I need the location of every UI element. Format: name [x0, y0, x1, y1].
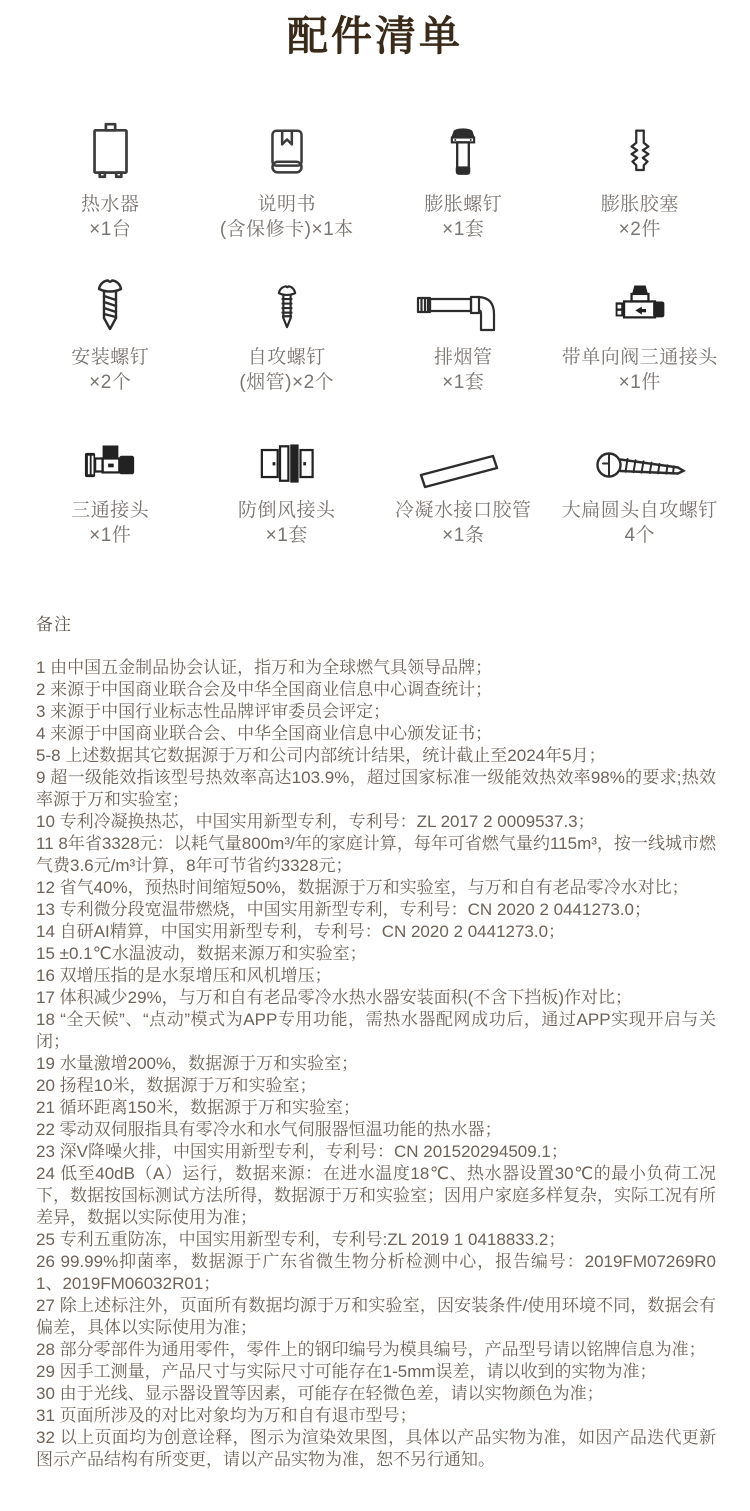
accessory-name: 大扁圆头自攻螺钉: [552, 498, 729, 523]
note-item: 12 省气40%，预热时间缩短50%，数据源于万和实验室，与万和自有老品零冷水对…: [36, 877, 716, 899]
note-item: 32 以上页面均为创意诠释，图示为渲染效果图，具体以产品实物为准，如因产品迭代更…: [36, 1427, 716, 1471]
check-valve-tee-icon: [552, 260, 729, 338]
pan-head-screw-icon: [552, 413, 729, 491]
note-item: 2 来源于中国商业联合会及中华全国商业信息中心调查统计；: [36, 679, 716, 701]
note-item: 25 专利五重防冻，中国实用新型专利，专利号:ZL 2019 1 0418833…: [36, 1229, 716, 1251]
accessory-qty: (烟管)×2个: [199, 370, 376, 395]
page-header: 配件清单: [0, 0, 750, 59]
accessory-name: 排烟管: [375, 345, 552, 370]
accessory-qty: ×1套: [199, 523, 376, 548]
notes-list: 1 由中国五金制品协会认证，指万和为全球燃气具领导品牌；2 来源于中国商业联合会…: [36, 657, 716, 1471]
accessory-item-expansion-plug: 膨胀胶塞 ×2件: [552, 107, 729, 242]
accessory-name: 冷凝水接口胶管: [375, 498, 552, 523]
note-item: 19 水量激增200%，数据源于万和实验室；: [36, 1053, 716, 1075]
notes-section: 备注 1 由中国五金制品协会认证，指万和为全球燃气具领导品牌；2 来源于中国商业…: [0, 548, 750, 1511]
accessory-name: 自攻螺钉: [199, 345, 376, 370]
accessory-item-tee-joint: 三通接头 ×1件: [22, 413, 199, 548]
accessory-name: 膨胀螺钉: [375, 192, 552, 217]
note-item: 15 ±0.1℃水温波动，数据来源万和实验室；: [36, 943, 716, 965]
accessory-item-anti-backdraft-joint: 防倒风接头 ×1套: [199, 413, 376, 548]
accessory-item-check-valve-tee: 带单向阀三通接头 ×1件: [552, 260, 729, 395]
note-item: 26 99.99%抑菌率，数据源于广东省微生物分析检测中心，报告编号：2019F…: [36, 1251, 716, 1295]
accessory-qty: ×1件: [22, 523, 199, 548]
note-item: 24 低至40dB（A）运行，数据来源：在进水温度18℃、热水器设置30℃的最小…: [36, 1163, 716, 1229]
note-item: 1 由中国五金制品协会认证，指万和为全球燃气具领导品牌；: [36, 657, 716, 679]
accessory-qty: 4个: [552, 523, 729, 548]
manual-book-icon: [199, 107, 376, 185]
note-item: 18 “全天候”、“点动”模式为APP专用功能，需热水器配网成功后，通过APP实…: [36, 1009, 716, 1053]
note-item: 31 页面所涉及的对比对象均为万和自有退市型号；: [36, 1405, 716, 1427]
accessories-page: 配件清单 热水器 ×1台: [0, 0, 750, 1511]
accessory-item-exhaust-pipe: 排烟管 ×1套: [375, 260, 552, 395]
note-item: 13 专利微分段宽温带燃烧，中国实用新型专利，专利号：CN 2020 2 044…: [36, 899, 716, 921]
accessory-item-pan-head-screw: 大扁圆头自攻螺钉 4个: [552, 413, 729, 548]
note-item: 9 超一级能效指该型号热效率高达103.9%，超过国家标准一级能效热效率98%的…: [36, 767, 716, 811]
accessory-name: 膨胀胶塞: [552, 192, 729, 217]
accessories-grid: 热水器 ×1台 说明书 (含保修卡)×1本: [22, 107, 728, 548]
note-item: 29 因手工测量，产品尺寸与实际尺寸可能存在1-5mm误差，请以收到的实物为准；: [36, 1361, 716, 1383]
note-item: 17 体积减少29%，与万和自有老品零冷水热水器安装面积(不含下挡板)作对比；: [36, 987, 716, 1009]
exhaust-pipe-icon: [375, 260, 552, 338]
note-item: 27 除上述标注外，页面所有数据均源于万和实验室，因安装条件/使用环境不同，数据…: [36, 1295, 716, 1339]
tee-joint-icon: [22, 413, 199, 491]
accessory-item-water-heater: 热水器 ×1台: [22, 107, 199, 242]
note-item: 3 来源于中国行业标志性品牌评审委员会评定；: [36, 701, 716, 723]
page-title: 配件清单: [287, 14, 463, 59]
accessory-qty: ×1件: [552, 370, 729, 395]
accessory-item-self-tapping-screw: 自攻螺钉 (烟管)×2个: [199, 260, 376, 395]
accessory-qty: ×1套: [375, 217, 552, 242]
accessory-name: 安装螺钉: [22, 345, 199, 370]
note-item: 4 来源于中国商业联合会、中华全国商业信息中心颁发证书；: [36, 723, 716, 745]
accessory-name: 三通接头: [22, 498, 199, 523]
accessory-item-manual: 说明书 (含保修卡)×1本: [199, 107, 376, 242]
expansion-bolt-icon: [375, 107, 552, 185]
note-item: 21 循环距离150米，数据源于万和实验室；: [36, 1097, 716, 1119]
mounting-screw-icon: [22, 260, 199, 338]
accessory-qty: ×1台: [22, 217, 199, 242]
note-item: 23 深V降噪火排，中国实用新型专利，专利号：CN 201520294509.1…: [36, 1141, 716, 1163]
note-item: 22 零动双伺服指具有零冷水和水气伺服器恒温功能的热水器；: [36, 1119, 716, 1141]
self-tapping-screw-icon: [199, 260, 376, 338]
water-heater-icon: [22, 107, 199, 185]
note-item: 10 专利冷凝换热芯，中国实用新型专利，专利号：ZL 2017 2 000953…: [36, 811, 716, 833]
accessory-name: 热水器: [22, 192, 199, 217]
note-item: 20 扬程10米，数据源于万和实验室；: [36, 1075, 716, 1097]
anti-backdraft-joint-icon: [199, 413, 376, 491]
notes-heading: 备注: [36, 610, 716, 635]
accessory-qty: ×2个: [22, 370, 199, 395]
accessory-qty: (含保修卡)×1本: [199, 217, 376, 242]
accessory-item-condensate-hose: 冷凝水接口胶管 ×1条: [375, 413, 552, 548]
note-item: 30 由于光线、显示器设置等因素，可能存在轻微色差，请以实物颜色为准；: [36, 1383, 716, 1405]
note-item: 28 部分零部件为通用零件，零件上的钢印编号为模具编号，产品型号请以铭牌信息为准…: [36, 1339, 716, 1361]
accessory-name: 防倒风接头: [199, 498, 376, 523]
note-item: 11 8年省3328元：以耗气量800m³/年的家庭计算，每年可省燃气量约115…: [36, 833, 716, 877]
accessory-name: 说明书: [199, 192, 376, 217]
accessory-item-expansion-bolt: 膨胀螺钉 ×1套: [375, 107, 552, 242]
note-item: 5-8 上述数据其它数据源于万和公司内部统计结果，统计截止至2024年5月；: [36, 745, 716, 767]
accessory-qty: ×1条: [375, 523, 552, 548]
accessory-qty: ×2件: [552, 217, 729, 242]
accessory-qty: ×1套: [375, 370, 552, 395]
condensate-hose-icon: [375, 413, 552, 491]
accessory-name: 带单向阀三通接头: [552, 345, 729, 370]
expansion-plug-icon: [552, 107, 729, 185]
note-item: 16 双增压指的是水泵增压和风机增压；: [36, 965, 716, 987]
accessory-item-mounting-screw: 安装螺钉 ×2个: [22, 260, 199, 395]
note-item: 14 自研AI精算，中国实用新型专利，专利号：CN 2020 2 0441273…: [36, 921, 716, 943]
